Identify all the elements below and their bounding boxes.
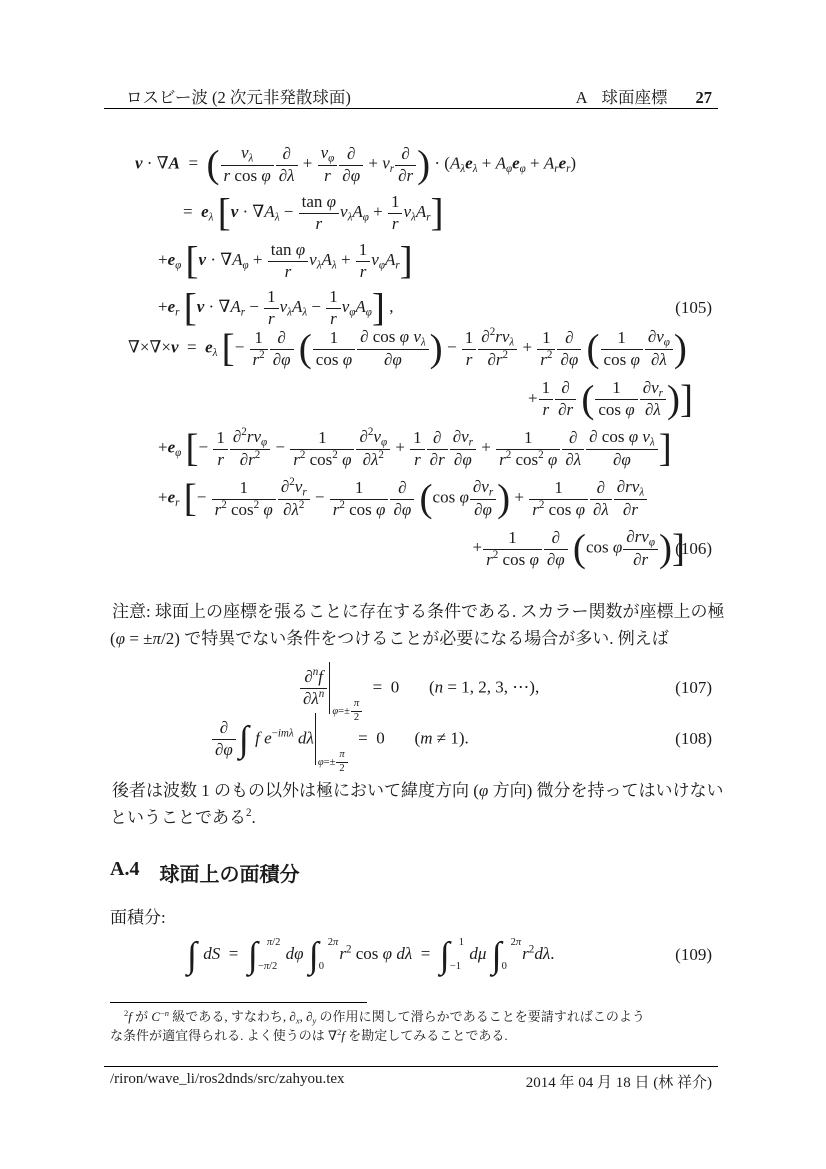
math-content: = eλ [v · ∇Aλ − tan φrvλAφ + 1rvλAr] bbox=[110, 192, 444, 234]
equation-line: ∫ dS = ∫π/2−π/2 dφ ∫2π0r2 cos φ dλ = ∫1−… bbox=[110, 928, 712, 982]
math-content: +eφ [− 1r∂2rvφ∂r2 − 1r2 cos2 φ∂2vφ∂λ2 + … bbox=[110, 427, 672, 470]
math-content: ∂∂φ∫ f e−imλ dλφ=±π2 = 0 (m ≠ 1). bbox=[110, 713, 469, 766]
running-header: ロスビー波 (2 次元非発散球面) A 球面座標 27 bbox=[110, 84, 712, 108]
footer-rule bbox=[104, 1066, 718, 1067]
equation-line: +eφ [v · ∇Aφ + tan φrvλAλ + 1rvφAr] bbox=[110, 237, 712, 285]
footnote-rule bbox=[110, 1002, 367, 1003]
equation-number: (105) bbox=[675, 298, 712, 318]
math-content: ∫ dS = ∫π/2−π/2 dφ ∫2π0r2 cos φ dλ = ∫1−… bbox=[110, 937, 554, 974]
section-name: 球面座標 bbox=[602, 84, 668, 108]
text-line: ということである2. bbox=[110, 804, 712, 831]
text-line: (φ = ±π/2) で特異でない条件をつけることが必要になる場合が多い. 例え… bbox=[110, 625, 712, 652]
section-heading-title: 球面上の面積分 bbox=[159, 858, 299, 887]
equation-line: ∂nf∂λnφ=±π2 = 0 (n = 1, 2, 3, ⋯),(107) bbox=[110, 662, 712, 714]
math-content: +1r∂∂r (1cos φ∂vr∂λ)] bbox=[528, 378, 712, 421]
text-line: な条件が適宜得られる. よく使うのは ∇2f を勘定してみることである. bbox=[110, 1026, 712, 1045]
equation-108: ∂∂φ∫ f e−imλ dλφ=±π2 = 0 (m ≠ 1).(108) bbox=[110, 712, 712, 766]
page-number: 27 bbox=[696, 88, 713, 108]
section-heading: A.4 球面上の面積分 bbox=[110, 858, 712, 887]
math-content: +er [− 1r2 cos2 φ∂2vr∂λ2 − 1r2 cos φ∂∂φ … bbox=[110, 477, 648, 520]
equation-line: ∇×∇×v = eλ [− 1r2∂∂φ (1cos φ∂ cos φ vλ∂φ… bbox=[110, 326, 712, 372]
text-line: 後者は波数 1 のもの以外は極において緯度方向 (φ 方向) 微分を持ってはいけ… bbox=[110, 777, 712, 804]
equation-number: (108) bbox=[675, 729, 712, 749]
document-page: ロスビー波 (2 次元非発散球面) A 球面座標 27 v · ∇A = (vλ… bbox=[0, 0, 826, 1169]
equation-number: (107) bbox=[675, 678, 712, 698]
text-line: 注意: 球面上の座標を張ることに存在する条件である. スカラー関数が座標上の極 bbox=[110, 598, 712, 625]
equation-number: (109) bbox=[675, 945, 712, 965]
equation-line: +eφ [− 1r∂2rvφ∂r2 − 1r2 cos2 φ∂2vφ∂λ2 + … bbox=[110, 427, 712, 471]
running-header-section: A 球面座標 27 bbox=[576, 84, 712, 108]
math-content: +er [v · ∇Ar − 1rvλAλ − 1rvφAφ] , bbox=[110, 287, 393, 329]
math-content: +eφ [v · ∇Aφ + tan φrvλAλ + 1rvφAr] bbox=[110, 240, 413, 282]
equation-line: ∂∂φ∫ f e−imλ dλφ=±π2 = 0 (m ≠ 1).(108) bbox=[110, 712, 712, 766]
equation-number: (106) bbox=[675, 539, 712, 559]
latter-paragraph: 後者は波数 1 のもの以外は極において緯度方向 (φ 方向) 微分を持ってはいけ… bbox=[110, 777, 712, 831]
equation-line: v · ∇A = (vλr cos φ∂∂λ + vφr∂∂φ + vr∂∂r)… bbox=[110, 140, 712, 190]
equation-107: ∂nf∂λnφ=±π2 = 0 (n = 1, 2, 3, ⋯),(107) bbox=[110, 662, 712, 714]
equation-109: ∫ dS = ∫π/2−π/2 dφ ∫2π0r2 cos φ dλ = ∫1−… bbox=[110, 928, 712, 982]
footer-date-author: 2014 年 04 月 18 日 (林 祥介) bbox=[526, 1071, 712, 1092]
note-paragraph: 注意: 球面上の座標を張ることに存在する条件である. スカラー関数が座標上の極(… bbox=[110, 598, 712, 652]
equation-line: +er [v · ∇Ar − 1rvλAλ − 1rvφAφ] ,(105) bbox=[110, 285, 712, 331]
header-rule bbox=[104, 108, 718, 109]
math-content: v · ∇A = (vλr cos φ∂∂λ + vφr∂∂φ + vr∂∂r)… bbox=[110, 143, 576, 186]
footer: /riron/wave_li/ros2dnds/src/zahyou.tex 2… bbox=[110, 1071, 712, 1092]
equation-105: v · ∇A = (vλr cos φ∂∂λ + vφr∂∂φ + vr∂∂r)… bbox=[110, 140, 712, 331]
equation-line: +1r∂∂r (1cos φ∂vr∂λ)] bbox=[110, 372, 712, 427]
equation-line: = eλ [v · ∇Aλ − tan φrvλAφ + 1rvλAr] bbox=[110, 190, 712, 237]
footnote: 2f が C−n 級である, すなわち, ∂x, ∂y の作用に関して滑らかであ… bbox=[110, 1007, 712, 1045]
section-letter: A bbox=[576, 88, 588, 108]
math-content: ∇×∇×v = eλ [− 1r2∂∂φ (1cos φ∂ cos φ vλ∂φ… bbox=[110, 327, 687, 370]
equation-106: ∇×∇×v = eλ [− 1r2∂∂φ (1cos φ∂ cos φ vλ∂φ… bbox=[110, 326, 712, 571]
page-content: ロスビー波 (2 次元非発散球面) A 球面座標 27 v · ∇A = (vλ… bbox=[110, 0, 712, 1169]
equation-line: +1r2 cos φ∂∂φ (cos φ∂rvφ∂r)](106) bbox=[110, 527, 712, 571]
section-heading-number: A.4 bbox=[110, 858, 139, 887]
surface-integral-label: 面積分: bbox=[110, 904, 712, 931]
equation-line: +er [− 1r2 cos2 φ∂2vr∂λ2 − 1r2 cos φ∂∂φ … bbox=[110, 471, 712, 527]
running-header-title: ロスビー波 (2 次元非発散球面) bbox=[110, 84, 351, 108]
math-content: ∂nf∂λnφ=±π2 = 0 (n = 1, 2, 3, ⋯), bbox=[110, 662, 539, 715]
footer-file-path: /riron/wave_li/ros2dnds/src/zahyou.tex bbox=[110, 1071, 345, 1092]
text-line: 2f が C−n 級である, すなわち, ∂x, ∂y の作用に関して滑らかであ… bbox=[110, 1007, 712, 1026]
